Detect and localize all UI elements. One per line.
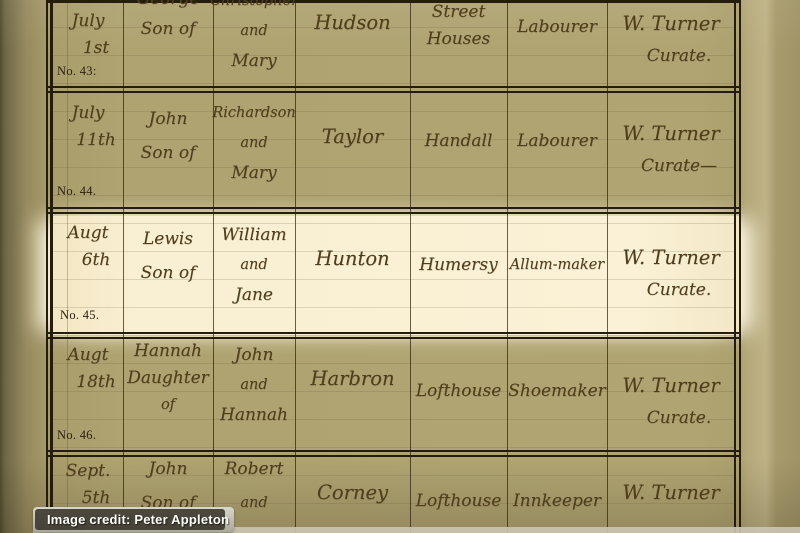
surname-line: Harbron: [310, 364, 394, 394]
abode-line: Humersy: [419, 250, 497, 280]
table-row-separator: [46, 86, 741, 93]
row46-surname-cell: Harbron: [296, 364, 409, 394]
date-line: 18th: [76, 369, 115, 396]
row46-occupation-cell: Shoemaker: [508, 376, 606, 406]
date-line: Sept.: [66, 458, 111, 485]
row47-occupation-cell: Innkeeper: [508, 486, 606, 516]
row44-child-cell: John Son of: [124, 102, 212, 170]
row47-minister-cell: W. Turner: [608, 478, 734, 508]
row43-date-cell: July 1st: [55, 8, 121, 62]
parents-line: Richardson: [212, 98, 295, 128]
parents-line: and: [240, 486, 267, 520]
row45-entry-number: No. 45.: [60, 308, 99, 323]
parents-line: Robert: [225, 452, 284, 486]
row47-date-cell: Sept. 5th: [55, 458, 121, 512]
minister-line: W. Turner: [622, 478, 719, 508]
date-line: July: [72, 100, 105, 127]
row43-parents-cell: Christopher and Mary: [214, 0, 294, 76]
child-name-line: Daughter: [127, 365, 209, 392]
child-name-line: George: [137, 0, 200, 14]
row45-parents-cell: William and Jane: [214, 220, 294, 310]
parents-line: and: [240, 16, 267, 46]
minister-line: Curate.: [647, 40, 712, 72]
child-name-line: Son of: [141, 256, 196, 290]
child-name-line: Son of: [141, 136, 196, 170]
row43-surname-cell: Hudson: [296, 8, 409, 38]
row46-minister-cell: W. Turner Curate.: [608, 370, 734, 434]
row46-abode-cell: Lofthouse: [411, 376, 506, 406]
date-line: July: [72, 8, 105, 35]
date-line: Augt: [68, 220, 109, 247]
parents-line: Jane: [235, 280, 273, 310]
surname-line: Taylor: [322, 122, 383, 152]
row45-surname-cell: Hunton: [296, 244, 409, 274]
row44-occupation-cell: Labourer: [508, 126, 606, 156]
parents-line: William: [221, 220, 286, 250]
row46-entry-number: No. 46.: [57, 428, 96, 443]
row43-abode-cell: Street Houses: [411, 0, 506, 53]
row43-entry-number: No. 43:: [57, 64, 97, 79]
occupation-line: Labourer: [517, 126, 597, 156]
minister-line: Curate—: [641, 150, 717, 182]
child-name-line: of: [161, 392, 175, 419]
parents-line: Christopher: [210, 0, 298, 16]
row46-child-cell: Hannah Daughter of: [124, 338, 212, 419]
parents-line: Mary: [231, 158, 276, 188]
parents-line: John: [235, 340, 274, 370]
parents-line: Hannah: [220, 400, 288, 430]
row45-child-cell: Lewis Son of: [124, 222, 212, 290]
minister-line: W. Turner: [622, 370, 719, 402]
minister-line: Curate.: [647, 402, 712, 434]
row44-parents-cell: Richardson and Mary: [214, 98, 294, 188]
date-line: Augt: [68, 342, 109, 369]
row43-child-cell: George Son of: [124, 0, 212, 44]
surname-line: Hunton: [315, 244, 389, 274]
row45-occupation-cell: Allum-maker: [508, 250, 606, 280]
child-name-line: Hannah: [134, 338, 202, 365]
child-name-line: Lewis: [143, 222, 193, 256]
date-line: 6th: [82, 247, 111, 274]
parents-line: Mary: [231, 46, 276, 76]
row43-minister-cell: W. Turner Curate.: [608, 8, 734, 72]
abode-line: Houses: [427, 26, 491, 53]
row45-date-cell: Augt 6th: [55, 220, 121, 274]
occupation-line: Shoemaker: [508, 376, 606, 406]
minister-line: W. Turner: [622, 242, 719, 274]
row44-date-cell: July 11th: [55, 100, 121, 154]
abode-line: Lofthouse: [416, 486, 502, 516]
row47-abode-cell: Lofthouse: [411, 486, 506, 516]
occupation-line: Innkeeper: [513, 486, 601, 516]
row43-occupation-cell: Labourer: [508, 12, 606, 42]
row46-date-cell: Augt 18th: [55, 342, 121, 396]
parents-line: and: [240, 128, 267, 158]
parents-line: and: [240, 370, 267, 400]
row44-entry-number: No. 44.: [57, 184, 96, 199]
image-credit-pill: Image credit: Peter Appleton: [33, 507, 234, 532]
parents-line: and: [240, 250, 267, 280]
image-credit-pill-inner: Image credit: Peter Appleton: [35, 509, 225, 530]
child-name-line: John: [149, 102, 188, 136]
row45-abode-cell: Humersy: [411, 250, 506, 280]
row46-parents-cell: John and Hannah: [214, 340, 294, 430]
table-row-separator: [46, 207, 741, 214]
image-credit-label: Image credit: Peter Appleton: [47, 512, 229, 527]
parish-register-scan: July 1st No. 43: George Son of Christoph…: [0, 0, 800, 533]
row44-surname-cell: Taylor: [296, 122, 409, 152]
minister-line: Curate.: [647, 274, 712, 306]
row47-surname-cell: Corney: [296, 478, 409, 508]
minister-line: W. Turner: [622, 118, 719, 150]
minister-line: W. Turner: [622, 8, 719, 40]
abode-line: Street: [432, 0, 486, 26]
abode-line: Lofthouse: [416, 376, 502, 406]
surname-line: Hudson: [314, 8, 390, 38]
row45-minister-cell: W. Turner Curate.: [608, 242, 734, 306]
child-name-line: Son of: [141, 14, 196, 44]
row44-abode-cell: Handall: [411, 126, 506, 156]
date-line: 11th: [76, 127, 115, 154]
occupation-line: Allum-maker: [510, 250, 604, 280]
child-name-line: John: [149, 452, 188, 486]
abode-line: Handall: [425, 126, 493, 156]
row44-minister-cell: W. Turner Curate—: [608, 118, 734, 182]
occupation-line: Labourer: [517, 12, 597, 42]
date-line: 1st: [83, 35, 109, 62]
surname-line: Corney: [317, 478, 388, 508]
